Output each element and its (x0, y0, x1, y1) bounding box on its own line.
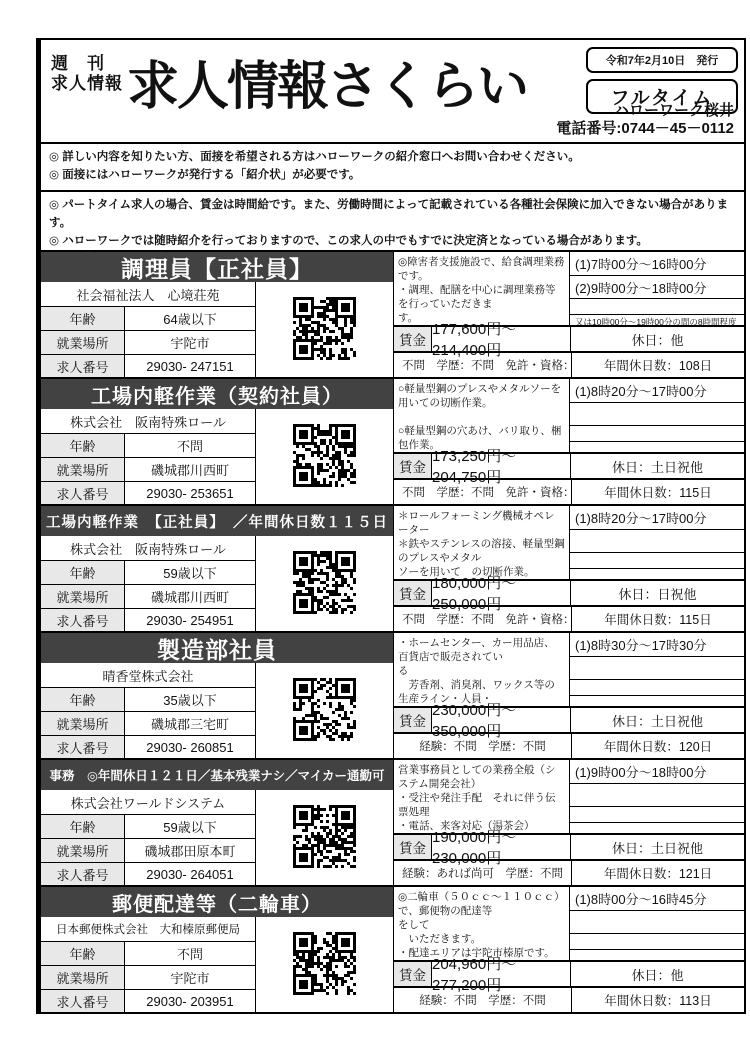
requirements-value: 経験：あれば尚可 学歴：不問 (394, 861, 571, 885)
work-hours-row-1: (1)8時20分～17時00分 (570, 379, 744, 403)
annual-holidays-value: 年間休日数：113日 (571, 988, 744, 1012)
job-number-value: 29030- 253651 (125, 482, 256, 504)
notice-box-contact: ◎ 詳しい内容を知りたい方、面接を希望される方はハローワークの紹介窓口へお問い合… (41, 144, 744, 192)
age-label: 年齢 (41, 942, 125, 966)
requirements-value: 経験：不問 学歴：不問 (394, 988, 571, 1012)
work-hours-row-1: (1)7時00分～16時00分 (570, 252, 744, 276)
job-description: 営業事務員としての業務全般（システム開発会社） ・受注や発注手配 それに伴う伝票… (394, 760, 570, 833)
age-label: 年齢 (41, 815, 125, 839)
job-listing: 製造部社員 晴香堂株式会社 年齢 35歳以下 就業場所 磯城郡三宅町 求人番号 … (41, 631, 744, 758)
office-phone: 電話番号:0744－45－0112 (556, 120, 734, 139)
work-hours-row-3 (570, 426, 744, 442)
company-name: 株式会社ワールドシステム (41, 790, 256, 815)
company-name: 株式会社 阪南特殊ロール (41, 536, 256, 561)
wage-value: 230,000円～350,000円 (432, 708, 570, 732)
company-name: 晴香堂株式会社 (41, 663, 256, 688)
requirements-value: 経験：不問 学歴：不問 免許・資格：不問 (394, 353, 571, 377)
qr-code (256, 663, 393, 758)
age-value: 35歳以下 (125, 688, 256, 712)
work-hours-row-1: (1)8時30分～17時30分 (570, 633, 744, 657)
age-label: 年齢 (41, 307, 125, 331)
work-hours-row-3 (570, 680, 744, 696)
qr-code-image (293, 932, 356, 998)
qr-code-image (293, 551, 356, 617)
job-description: ○軽量型鋼のプレスやメタルソーを用いての切断作業。 ○軽量型鋼の穴あけ、バリ取り… (394, 379, 570, 452)
location-value: 宇陀市 (125, 331, 256, 355)
job-listing: 事務 ◎年間休日１２１日／基本残業ナシ／マイカー通勤可 株式会社ワールドシステム… (41, 758, 744, 885)
annual-holidays-value: 年間休日数：115日 (571, 607, 744, 631)
job-number-label: 求人番号 (41, 355, 125, 377)
work-hours: (1)7時00分～16時00分 (2)9時00分～18時00分 又は10時00分… (570, 252, 744, 325)
job-number-value: 29030- 254951 (125, 609, 256, 631)
holiday-value: 休日：他 (570, 962, 744, 986)
job-number-label: 求人番号 (41, 863, 125, 885)
annual-holidays-value: 年間休日数：115日 (571, 480, 744, 504)
qr-code (256, 536, 393, 631)
job-description: ◎二輪車（５０ｃｃ～１１０ｃｃ）で、郵便物の配達等 をして いただきます。 ・配… (394, 887, 570, 960)
annual-holidays-value: 年間休日数：120日 (571, 734, 744, 758)
age-label: 年齢 (41, 434, 125, 458)
work-hours-row-2 (570, 403, 744, 426)
job-number-value: 29030- 264051 (125, 863, 256, 885)
age-value: 59歳以下 (125, 561, 256, 585)
job-number-value: 29030- 247151 (125, 355, 256, 377)
wage-value: 190,000円～230,000円 (432, 835, 570, 859)
wage-label: 賃金 (394, 835, 432, 859)
work-hours-row-3 (570, 553, 744, 569)
work-hours-row-2 (570, 784, 744, 807)
work-hours-row-3 (570, 934, 744, 950)
work-hours-row-2 (570, 657, 744, 680)
job-number-value: 29030- 260851 (125, 736, 256, 758)
requirements-value: 経験：不問 学歴：不問 (394, 734, 571, 758)
edition-line2: 求人情報 (51, 74, 123, 94)
location-label: 就業場所 (41, 712, 125, 736)
holiday-value: 休日：土日祝他 (570, 708, 744, 732)
job-number-label: 求人番号 (41, 482, 125, 504)
work-hours-note (570, 950, 744, 960)
job-description: ＊ロールフォーミング機械オペレーター ＊鉄やステンレスの溶接、軽量型鋼のプレスや… (394, 506, 570, 579)
wage-value: 204,960円～277,200円 (432, 962, 570, 986)
job-list: 調理員【正社員】 社会福祉法人 心境荘苑 年齢 64歳以下 就業場所 宇陀市 求… (41, 250, 744, 1012)
location-label: 就業場所 (41, 966, 125, 990)
work-hours-note (570, 442, 744, 452)
work-hours-row-1: (1)8時00分～16時45分 (570, 887, 744, 911)
edition-label: 週 刊 求人情報 (51, 54, 123, 93)
location-value: 宇陀市 (125, 966, 256, 990)
job-number-label: 求人番号 (41, 736, 125, 758)
work-hours-note (570, 696, 744, 706)
age-value: 不問 (125, 942, 256, 966)
work-hours-row-2 (570, 530, 744, 553)
job-title-bar: 事務 ◎年間休日１２１日／基本残業ナシ／マイカー通勤可 (41, 760, 393, 790)
age-label: 年齢 (41, 561, 125, 585)
age-value: 64歳以下 (125, 307, 256, 331)
job-title-bar: 工場内軽作業 【正社員】 ／年間休日数１１５日 (41, 506, 393, 536)
work-hours-row-3 (570, 807, 744, 823)
qr-code-image (293, 805, 356, 871)
location-label: 就業場所 (41, 331, 125, 355)
wage-label: 賃金 (394, 327, 432, 351)
document-frame: 週 刊 求人情報 求人情報さくらい 令和7年2月10日 発行 フルタイム ハロー… (36, 38, 746, 1014)
work-hours-row-1: (1)8時20分～17時00分 (570, 506, 744, 530)
wage-label: 賃金 (394, 454, 432, 478)
notice-box-disclaimer: ◎ パートタイム求人の場合、賃金は時間給です。また、労働時間によって記載されてい… (41, 192, 744, 250)
work-hours-note: 又は10時00分～19時00分の間の8時間程度 (570, 315, 744, 325)
qr-code-image (293, 297, 356, 363)
wage-value: 180,000円～250,000円 (432, 581, 570, 605)
age-value: 59歳以下 (125, 815, 256, 839)
job-number-label: 求人番号 (41, 990, 125, 1012)
holiday-value: 休日：他 (570, 327, 744, 351)
job-title-bar: 工場内軽作業（契約社員） (41, 379, 393, 409)
issue-date-badge: 令和7年2月10日 発行 (586, 47, 738, 73)
job-number-label: 求人番号 (41, 609, 125, 631)
wage-label: 賃金 (394, 581, 432, 605)
qr-code (256, 282, 393, 377)
work-hours-row-2 (570, 911, 744, 934)
holiday-value: 休日：日祝他 (570, 581, 744, 605)
holiday-value: 休日：土日祝他 (570, 835, 744, 859)
job-listing: 調理員【正社員】 社会福祉法人 心境荘苑 年齢 64歳以下 就業場所 宇陀市 求… (41, 250, 744, 377)
company-name: 社会福祉法人 心境荘苑 (41, 282, 256, 307)
location-label: 就業場所 (41, 585, 125, 609)
age-value: 不問 (125, 434, 256, 458)
work-hours-row-2: (2)9時00分～18時00分 (570, 276, 744, 299)
requirements-value: 経験：不問 学歴：不問 免許・資格：不問 (394, 480, 571, 504)
location-value: 磯城郡田原本町 (125, 839, 256, 863)
edition-line1: 週 刊 (51, 54, 123, 74)
job-listing: 工場内軽作業（契約社員） 株式会社 阪南特殊ロール 年齢 不問 就業場所 磯城郡… (41, 377, 744, 504)
job-description: ・ホームセンター、カー用品店、百貨店で販売されてい る 芳香剤、消臭剤、ワックス… (394, 633, 570, 706)
annual-holidays-value: 年間休日数：121日 (571, 861, 744, 885)
job-listing: 郵便配達等（二輪車） 日本郵便株式会社 大和榛原郵便局 年齢 不問 就業場所 宇… (41, 885, 744, 1012)
job-title-bar: 製造部社員 (41, 633, 393, 663)
job-title-bar: 郵便配達等（二輪車） (41, 887, 393, 917)
location-value: 磯城郡川西町 (125, 585, 256, 609)
job-title-bar: 調理員【正社員】 (41, 252, 393, 282)
work-hours: (1)9時00分～18時00分 (570, 760, 744, 833)
work-hours: (1)8時20分～17時00分 (570, 506, 744, 579)
work-hours-row-3 (570, 299, 744, 315)
work-hours: (1)8時20分～17時00分 (570, 379, 744, 452)
job-listing: 工場内軽作業 【正社員】 ／年間休日数１１５日 株式会社 阪南特殊ロール 年齢 … (41, 504, 744, 631)
age-label: 年齢 (41, 688, 125, 712)
location-label: 就業場所 (41, 839, 125, 863)
wage-value: 177,600円～214,400円 (432, 327, 570, 351)
company-name: 日本郵便株式会社 大和榛原郵便局 (41, 917, 256, 942)
page-title: 求人情報さくらい (127, 44, 527, 119)
qr-code (256, 409, 393, 504)
work-hours: (1)8時30分～17時30分 (570, 633, 744, 706)
location-label: 就業場所 (41, 458, 125, 482)
masthead: 週 刊 求人情報 求人情報さくらい 令和7年2月10日 発行 フルタイム ハロー… (41, 40, 744, 144)
annual-holidays-value: 年間休日数：108日 (571, 353, 744, 377)
work-hours-note (570, 823, 744, 833)
work-hours-row-1: (1)9時00分～18時00分 (570, 760, 744, 784)
location-value: 磯城郡川西町 (125, 458, 256, 482)
company-name: 株式会社 阪南特殊ロール (41, 409, 256, 434)
job-description: ◎障害者支援施設で、給食調理業務です。 ・調理、配膳を中心に調理業務等を行ってい… (394, 252, 570, 325)
location-value: 磯城郡三宅町 (125, 712, 256, 736)
wage-value: 173,250円～204,750円 (432, 454, 570, 478)
office-name: ハローワーク桜井 (556, 102, 734, 121)
qr-code-image (293, 678, 356, 744)
work-hours: (1)8時00分～16時45分 (570, 887, 744, 960)
qr-code-image (293, 424, 356, 490)
qr-code (256, 790, 393, 885)
requirements-value: 経験：不問 学歴：不問 免許・資格：不問 (394, 607, 571, 631)
wage-label: 賃金 (394, 708, 432, 732)
holiday-value: 休日：土日祝他 (570, 454, 744, 478)
wage-label: 賃金 (394, 962, 432, 986)
qr-code (256, 917, 393, 1012)
work-hours-note (570, 569, 744, 579)
job-number-value: 29030- 203951 (125, 990, 256, 1012)
